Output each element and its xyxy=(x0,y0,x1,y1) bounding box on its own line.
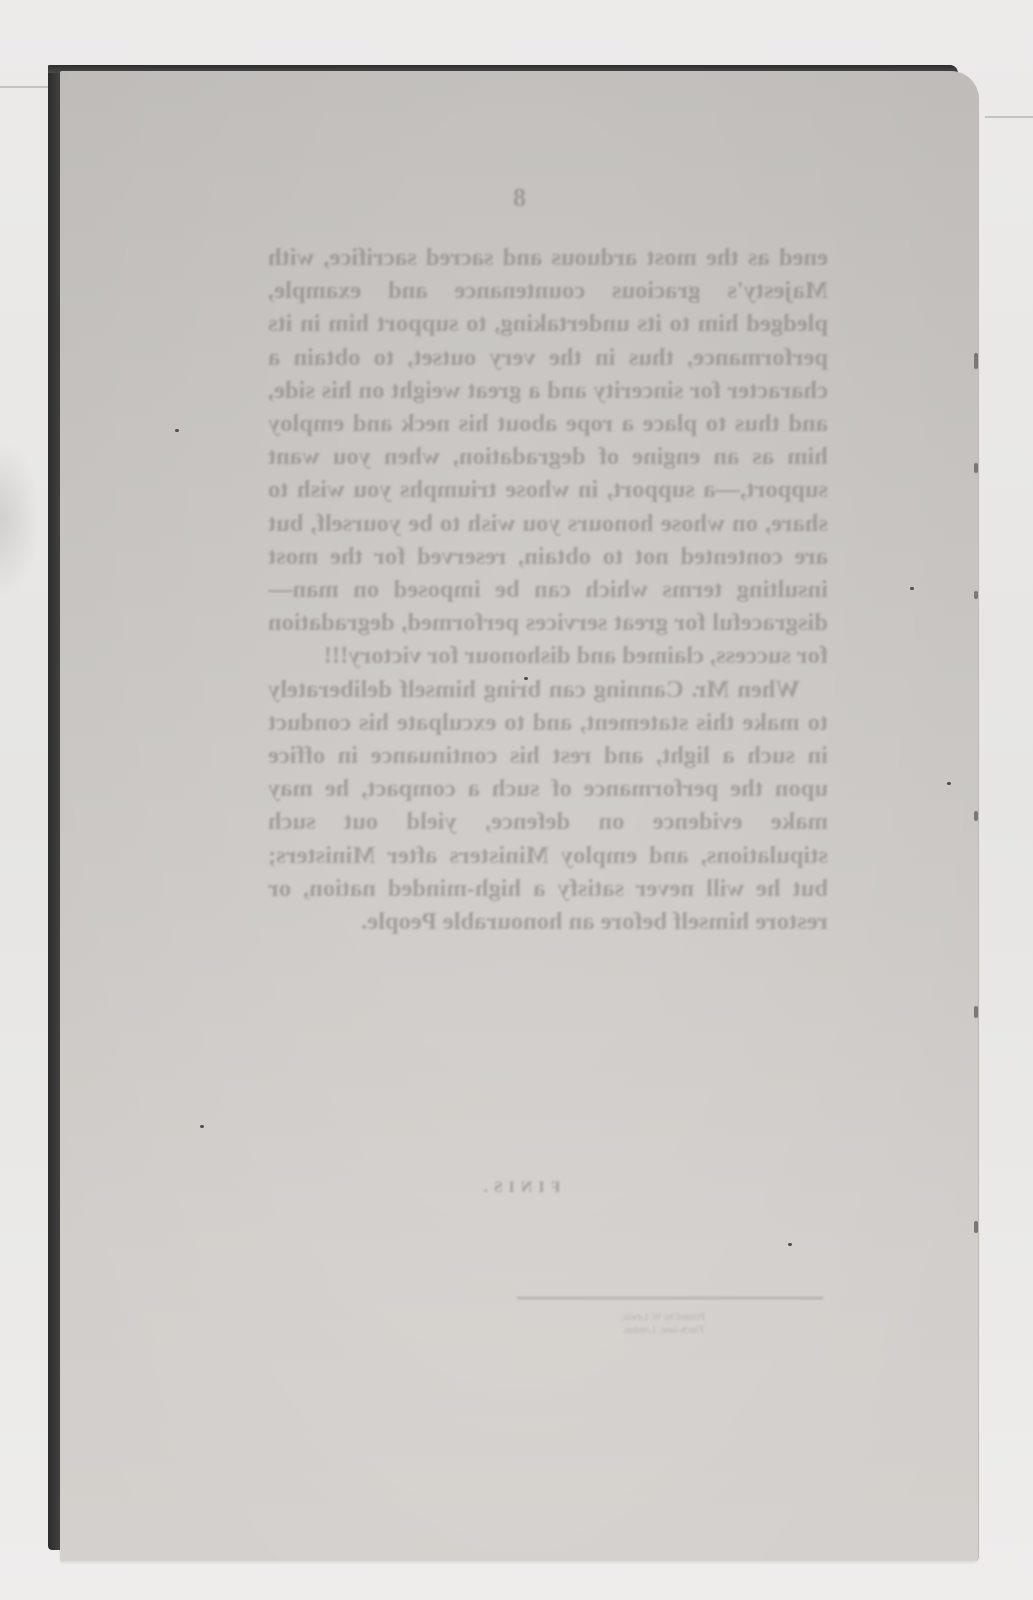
show-through-text-layer: 8 ened as the most arduous and sacred sa… xyxy=(60,71,978,1561)
imprint-divider xyxy=(517,1297,823,1299)
document-page: 8 ened as the most arduous and sacred sa… xyxy=(60,71,978,1561)
paragraph: When Mr. Canning can bring himself delib… xyxy=(268,673,828,939)
background-edge-left xyxy=(0,86,48,88)
closing-finis: FINIS. xyxy=(60,1179,978,1197)
page-number: 8 xyxy=(60,183,978,213)
imprint-line: Printed by W. Lewis, xyxy=(518,1311,808,1324)
paragraph: ened as the most arduous and sacred sacr… xyxy=(268,241,828,673)
printer-imprint: Printed by W. Lewis, Finch-lane, London. xyxy=(518,1311,808,1337)
background-edge-right xyxy=(985,116,1033,118)
background-shadow xyxy=(0,440,40,600)
body-text: ened as the most arduous and sacred sacr… xyxy=(268,241,828,938)
imprint-line: Finch-lane, London. xyxy=(518,1324,808,1337)
